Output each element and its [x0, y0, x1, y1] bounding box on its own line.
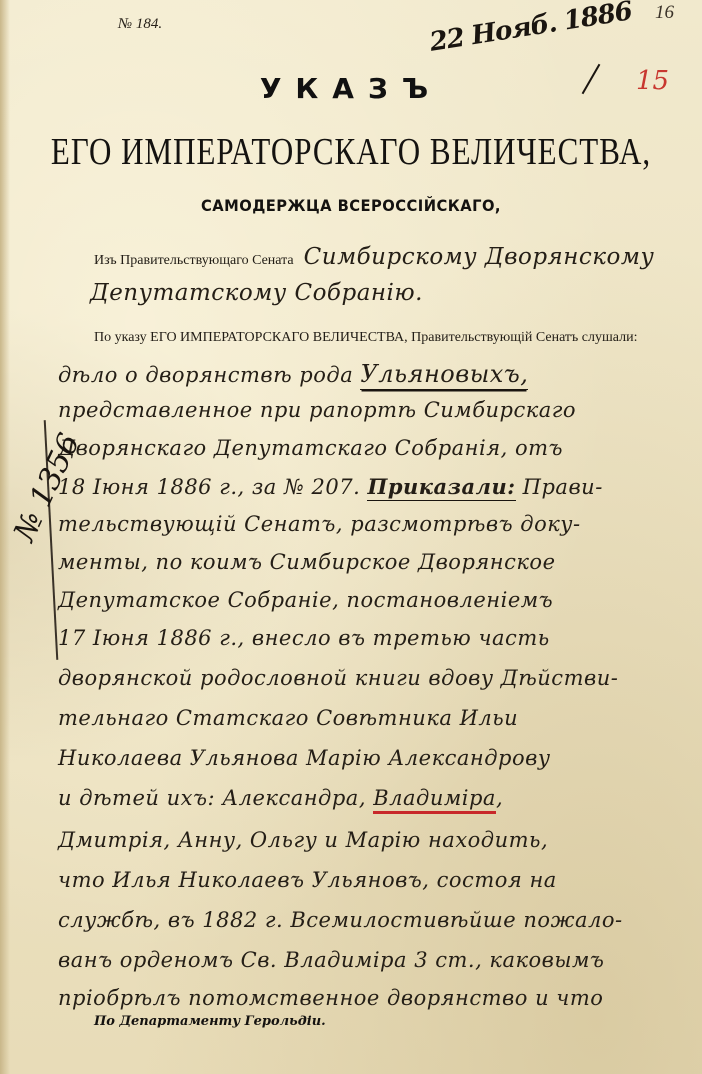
handwritten-date: 22 Нояб. 1886 — [428, 0, 634, 58]
body-line-6: менты, по коимъ Симбирское Дворянское — [58, 550, 556, 574]
body-line-3: Дворянскаго Депутатскаго Собранія, отъ — [58, 436, 563, 460]
body-line-9: дворянской родословной книги вдову Дѣйст… — [58, 666, 618, 690]
body-line-15: службѣ, въ 1882 г. Всемилостивѣйше пожал… — [58, 908, 623, 932]
body-text: , — [496, 786, 503, 810]
decree-subtitle: ЕГО ИМПЕРАТОРСКАГО ВЕЛИЧЕСТВА, — [0, 130, 702, 174]
body-line-10: тельнаго Статскаго Совѣтника Ильи — [58, 706, 518, 730]
ordered-underlined: Приказали: — [367, 474, 515, 501]
body-line-4: 18 Іюня 1886 г., за № 207. Приказали: Пр… — [58, 474, 603, 499]
body-line-11: Николаева Ульянова Марію Александрову — [58, 746, 551, 770]
vladimir-underlined-red: Владиміра — [373, 786, 496, 814]
surname-ulyanov-underlined: Ульяновыхъ, — [360, 360, 528, 390]
decree-title: УКАЗЪ — [0, 72, 702, 105]
body-line-16: ванъ орденомъ Св. Владиміра 3 ст., каков… — [58, 948, 604, 972]
department-footer: По Департаменту Герольдіи. — [94, 1014, 326, 1029]
body-text: и дѣтей ихъ: Александра, — [58, 786, 373, 810]
decree-subtitle-autocrat: САМОДЕРЖЦА ВСЕРОССІЙСКАГО, — [28, 196, 674, 215]
body-line-2: представленное при рапортѣ Симбирскаго — [58, 398, 576, 422]
document-number: № 184. — [118, 16, 162, 33]
body-text: 18 Іюня 1886 г., за № 207. — [58, 475, 367, 499]
address-handwritten-1: Симбирскому Дворянскому — [304, 244, 655, 270]
address-printed: Изъ Правительствующаго Сената — [94, 253, 294, 268]
document-page: № 184. 16 22 Нояб. 1886 15 УКАЗЪ ЕГО ИМП… — [0, 0, 702, 1074]
body-text: Прави- — [516, 475, 603, 499]
preamble: По указу ЕГО ИМПЕРАТОРСКАГО ВЕЛИЧЕСТВА, … — [94, 330, 637, 346]
body-text: дѣло о дворянствѣ рода — [58, 363, 360, 387]
body-line-12: и дѣтей ихъ: Александра, Владиміра, — [58, 786, 503, 810]
address-handwritten-2: Депутатскому Собранію. — [90, 280, 423, 306]
address-line-1: Изъ Правительствующаго Сената Симбирском… — [94, 244, 654, 270]
body-line-17: пріобрѣлъ потомственное дворянство и что — [58, 986, 603, 1010]
body-line-14: что Илья Николаевъ Ульяновъ, состоя на — [58, 868, 557, 892]
body-line-1: дѣло о дворянствѣ рода Ульяновыхъ, — [58, 360, 528, 388]
body-line-7: Депутатское Собраніе, постановленіемъ — [58, 588, 553, 612]
body-line-5: тельствующій Сенатъ, разсмотрѣвъ доку- — [58, 512, 581, 536]
body-line-8: 17 Іюня 1886 г., внесло въ третью часть — [58, 626, 550, 650]
body-line-13: Дмитрія, Анну, Ольгу и Марію находить, — [58, 828, 548, 852]
page-number: 16 — [655, 2, 674, 24]
